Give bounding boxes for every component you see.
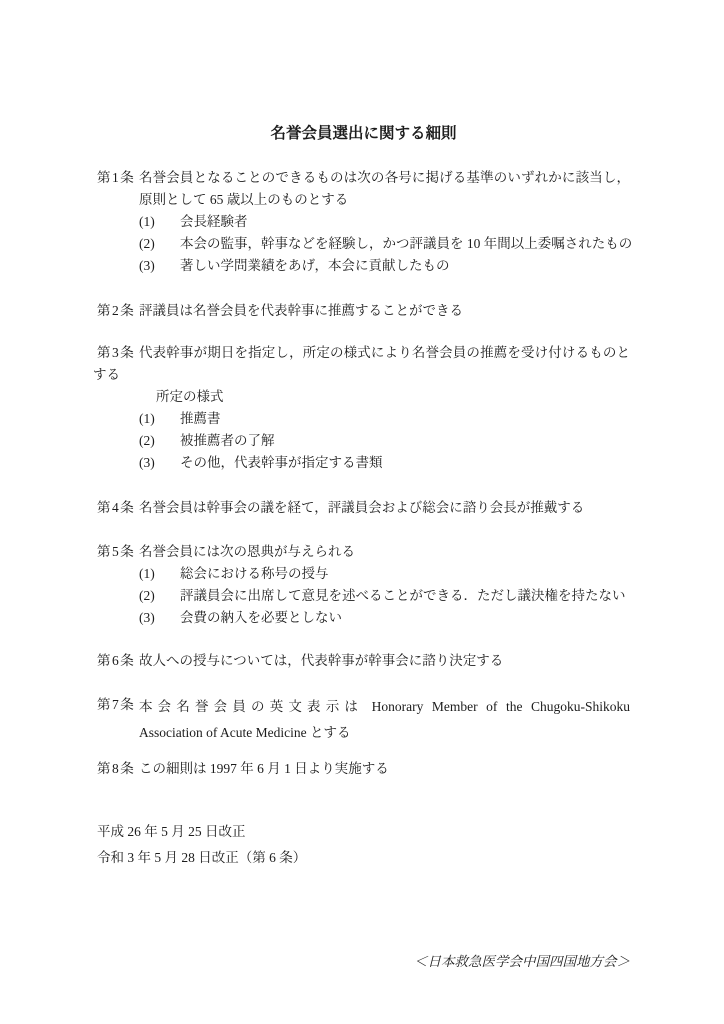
article-6-line-1: 故人への授与については，代表幹事が幹事会に諮り決定する: [139, 650, 630, 672]
item-number: (2): [139, 585, 180, 607]
item-number: (3): [139, 607, 180, 629]
article-2-line-1: 評議員は名誉会員を代表幹事に推薦することができる: [139, 300, 630, 322]
article-2-body: 評議員は名誉会員を代表幹事に推薦することができる: [139, 300, 630, 322]
article-1-label: 第1条: [97, 167, 139, 189]
article-3-body: 代表幹事が期日を指定し，所定の様式により名誉会員の推薦を受け付けるものと: [139, 342, 630, 364]
article-4-label: 第4条: [97, 497, 139, 519]
article-3-label: 第3条: [97, 342, 139, 364]
article-7: 第7条 本会名誉会員の英文表示は Honorary Member of the …: [97, 694, 630, 746]
organization-signature: ＜日本救急医学会中国四国地方会＞: [97, 951, 630, 973]
article-1-body: 名誉会員となることのできるものは次の各号に掲げる基準のいずれかに該当し， 原則と…: [139, 167, 630, 277]
article-6-body: 故人への授与については，代表幹事が幹事会に諮り決定する: [139, 650, 630, 672]
item-text: 評議員会に出席して意見を述べることができる．ただし議決権を持たない: [180, 585, 626, 607]
item-number: (2): [139, 233, 180, 255]
article-2-label: 第2条: [97, 300, 139, 322]
article-8: 第8条 この細則は 1997 年 6 月 1 日より実施する: [97, 758, 630, 780]
item-text: 著しい学問業績をあげ，本会に貢献したもの: [180, 255, 449, 277]
document-content: 名誉会員選出に関する細則 第1条 名誉会員となることのできるものは次の各号に掲げ…: [97, 123, 630, 973]
article-1-item-2: (2) 本会の監事，幹事などを経験し，かつ評議員を 10 年間以上委嘱されたもの: [139, 233, 630, 255]
article-5-item-3: (3) 会費の納入を必要としない: [139, 607, 630, 629]
item-number: (1): [139, 408, 180, 430]
revision-line-2: 令和 3 年 5 月 28 日改正（第 6 条）: [97, 845, 630, 871]
item-text: 推薦書: [180, 408, 221, 430]
article-6: 第6条 故人への授与については，代表幹事が幹事会に諮り決定する: [97, 650, 630, 672]
article-4-line-1: 名誉会員は幹事会の議を経て，評議員会および総会に諮り会長が推戴する: [139, 497, 630, 519]
article-7-label: 第7条: [97, 694, 139, 716]
article-1: 第1条 名誉会員となることのできるものは次の各号に掲げる基準のいずれかに該当し，…: [97, 167, 630, 277]
article-3-sub-label: 所定の様式: [156, 386, 630, 408]
article-7-line-1: 本会名誉会員の英文表示は Honorary Member of the Chug…: [139, 694, 630, 720]
article-3-items: (1) 推薦書 (2) 被推薦者の了解 (3) その他，代表幹事が指定する書類: [139, 408, 630, 474]
article-3-line-1: 代表幹事が期日を指定し，所定の様式により名誉会員の推薦を受け付けるものと: [139, 342, 630, 364]
article-1-item-3: (3) 著しい学問業績をあげ，本会に貢献したもの: [139, 255, 630, 277]
item-text: 会長経験者: [180, 211, 248, 233]
article-5-line-1: 名誉会員には次の恩典が与えられる: [139, 541, 630, 563]
article-8-line-1: この細則は 1997 年 6 月 1 日より実施する: [139, 758, 630, 780]
article-5-item-1: (1) 総会における称号の授与: [139, 563, 630, 585]
article-3-item-1: (1) 推薦書: [139, 408, 630, 430]
item-text: 被推薦者の了解: [180, 430, 275, 452]
article-1-line-1: 名誉会員となることのできるものは次の各号に掲げる基準のいずれかに該当し，: [139, 167, 630, 189]
article-5: 第5条 名誉会員には次の恩典が与えられる (1) 総会における称号の授与 (2)…: [97, 541, 630, 629]
article-7-line-2: Association of Acute Medicine とする: [139, 720, 630, 746]
article-7-body: 本会名誉会員の英文表示は Honorary Member of the Chug…: [139, 694, 630, 746]
article-4: 第4条 名誉会員は幹事会の議を経て，評議員会および総会に諮り会長が推戴する: [97, 497, 630, 519]
article-6-label: 第6条: [97, 650, 139, 672]
item-number: (3): [139, 452, 180, 474]
item-text: 本会の監事，幹事などを経験し，かつ評議員を 10 年間以上委嘱されたもの: [180, 233, 632, 255]
article-5-item-2: (2) 評議員会に出席して意見を述べることができる．ただし議決権を持たない: [139, 585, 630, 607]
item-number: (2): [139, 430, 180, 452]
item-text: その他，代表幹事が指定する書類: [180, 452, 383, 474]
article-3-item-3: (3) その他，代表幹事が指定する書類: [139, 452, 630, 474]
article-5-body: 名誉会員には次の恩典が与えられる (1) 総会における称号の授与 (2) 評議員…: [139, 541, 630, 629]
article-2: 第2条 評議員は名誉会員を代表幹事に推薦することができる: [97, 300, 630, 322]
item-text: 会費の納入を必要としない: [180, 607, 342, 629]
article-1-line-2: 原則として 65 歳以上のものとする: [139, 189, 630, 211]
article-3-line-2: する: [93, 364, 630, 386]
article-3: 第3条 代表幹事が期日を指定し，所定の様式により名誉会員の推薦を受け付けるものと…: [97, 342, 630, 474]
document-title: 名誉会員選出に関する細則: [97, 123, 630, 145]
article-8-body: この細則は 1997 年 6 月 1 日より実施する: [139, 758, 630, 780]
document-page: 名誉会員選出に関する細則 第1条 名誉会員となることのできるものは次の各号に掲げ…: [0, 0, 724, 1024]
item-number: (1): [139, 563, 180, 585]
revision-line-1: 平成 26 年 5 月 25 日改正: [97, 819, 630, 845]
item-text: 総会における称号の授与: [180, 563, 329, 585]
article-3-item-2: (2) 被推薦者の了解: [139, 430, 630, 452]
article-5-label: 第5条: [97, 541, 139, 563]
revision-history: 平成 26 年 5 月 25 日改正 令和 3 年 5 月 28 日改正（第 6…: [97, 819, 630, 871]
article-1-item-1: (1) 会長経験者: [139, 211, 630, 233]
item-number: (3): [139, 255, 180, 277]
article-8-label: 第8条: [97, 758, 139, 780]
item-number: (1): [139, 211, 180, 233]
article-4-body: 名誉会員は幹事会の議を経て，評議員会および総会に諮り会長が推戴する: [139, 497, 630, 519]
